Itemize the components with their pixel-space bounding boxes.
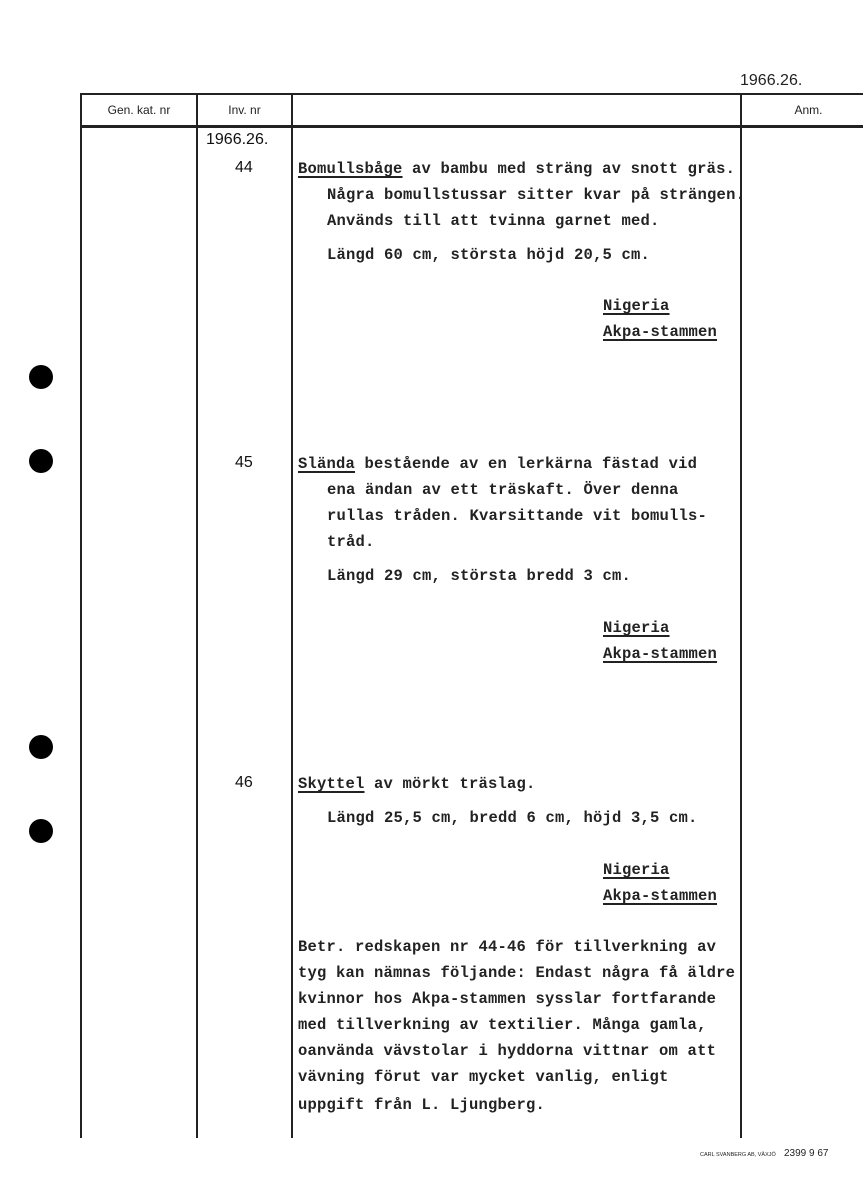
inv-number: 44 [235,159,253,177]
note-line: Betr. redskapen nr 44-46 för tillverknin… [298,938,716,956]
entry-tribe: Akpa-stammen [603,323,717,341]
entry-description-line: ena ändan av ett träskaft. Över denna [327,481,679,499]
header-gen-kat-nr: Gen. kat. nr [82,96,196,124]
entry-description: Slända bestående av en lerkärna fästad v… [298,455,697,473]
entry-title: Slända [298,455,355,473]
header-inv-nr: Inv. nr [198,96,291,124]
document-number: 1966.26. [740,72,802,90]
punch-hole [29,365,53,389]
collection-prefix: 1966.26. [206,131,268,149]
column-divider [740,93,742,1138]
entry-country: Nigeria [603,861,670,879]
column-divider [291,93,293,1138]
printer-imprint: CARL SVANBERG AB, VÄXJÖ [700,1152,776,1158]
entry-country: Nigeria [603,297,670,315]
entry-country: Nigeria [603,619,670,637]
punch-hole [29,449,53,473]
form-number: 2399 9 67 [784,1148,829,1159]
entry-dimensions: Längd 60 cm, största höjd 20,5 cm. [327,246,650,264]
entry-description-line: tråd. [327,533,375,551]
punch-hole [29,819,53,843]
entry-description-line: Används till att tvinna garnet med. [327,212,660,230]
entry-description-line: rullas tråden. Kvarsittande vit bomulls- [327,507,707,525]
note-line: vävning förut var mycket vanlig, enligt [298,1068,669,1086]
column-divider [80,93,82,1138]
entry-title: Skyttel [298,775,365,793]
entry-description: Bomullsbåge av bambu med sträng av snott… [298,160,735,178]
entry-description: Skyttel av mörkt träslag. [298,775,536,793]
note-line: tyg kan nämnas följande: Endast några få… [298,964,735,982]
note-line: oanvända vävstolar i hyddorna vittnar om… [298,1042,716,1060]
punch-hole [29,735,53,759]
entry-dimensions: Längd 29 cm, största bredd 3 cm. [327,567,631,585]
entry-tribe: Akpa-stammen [603,887,717,905]
entry-description-line: Några bomullstussar sitter kvar på strän… [327,186,745,204]
column-divider [196,93,198,1138]
inv-number: 45 [235,454,253,472]
entry-dimensions: Längd 25,5 cm, bredd 6 cm, höjd 3,5 cm. [327,809,698,827]
header-anm: Anm. [742,96,863,124]
header-description [293,96,740,124]
entry-tribe: Akpa-stammen [603,645,717,663]
inv-number: 46 [235,774,253,792]
note-line: med tillverkning av textilier. Många gam… [298,1016,707,1034]
note-line: kvinnor hos Akpa-stammen sysslar fortfar… [298,990,716,1008]
note-line: uppgift från L. Ljungberg. [298,1096,545,1114]
entry-title: Bomullsbåge [298,160,403,178]
